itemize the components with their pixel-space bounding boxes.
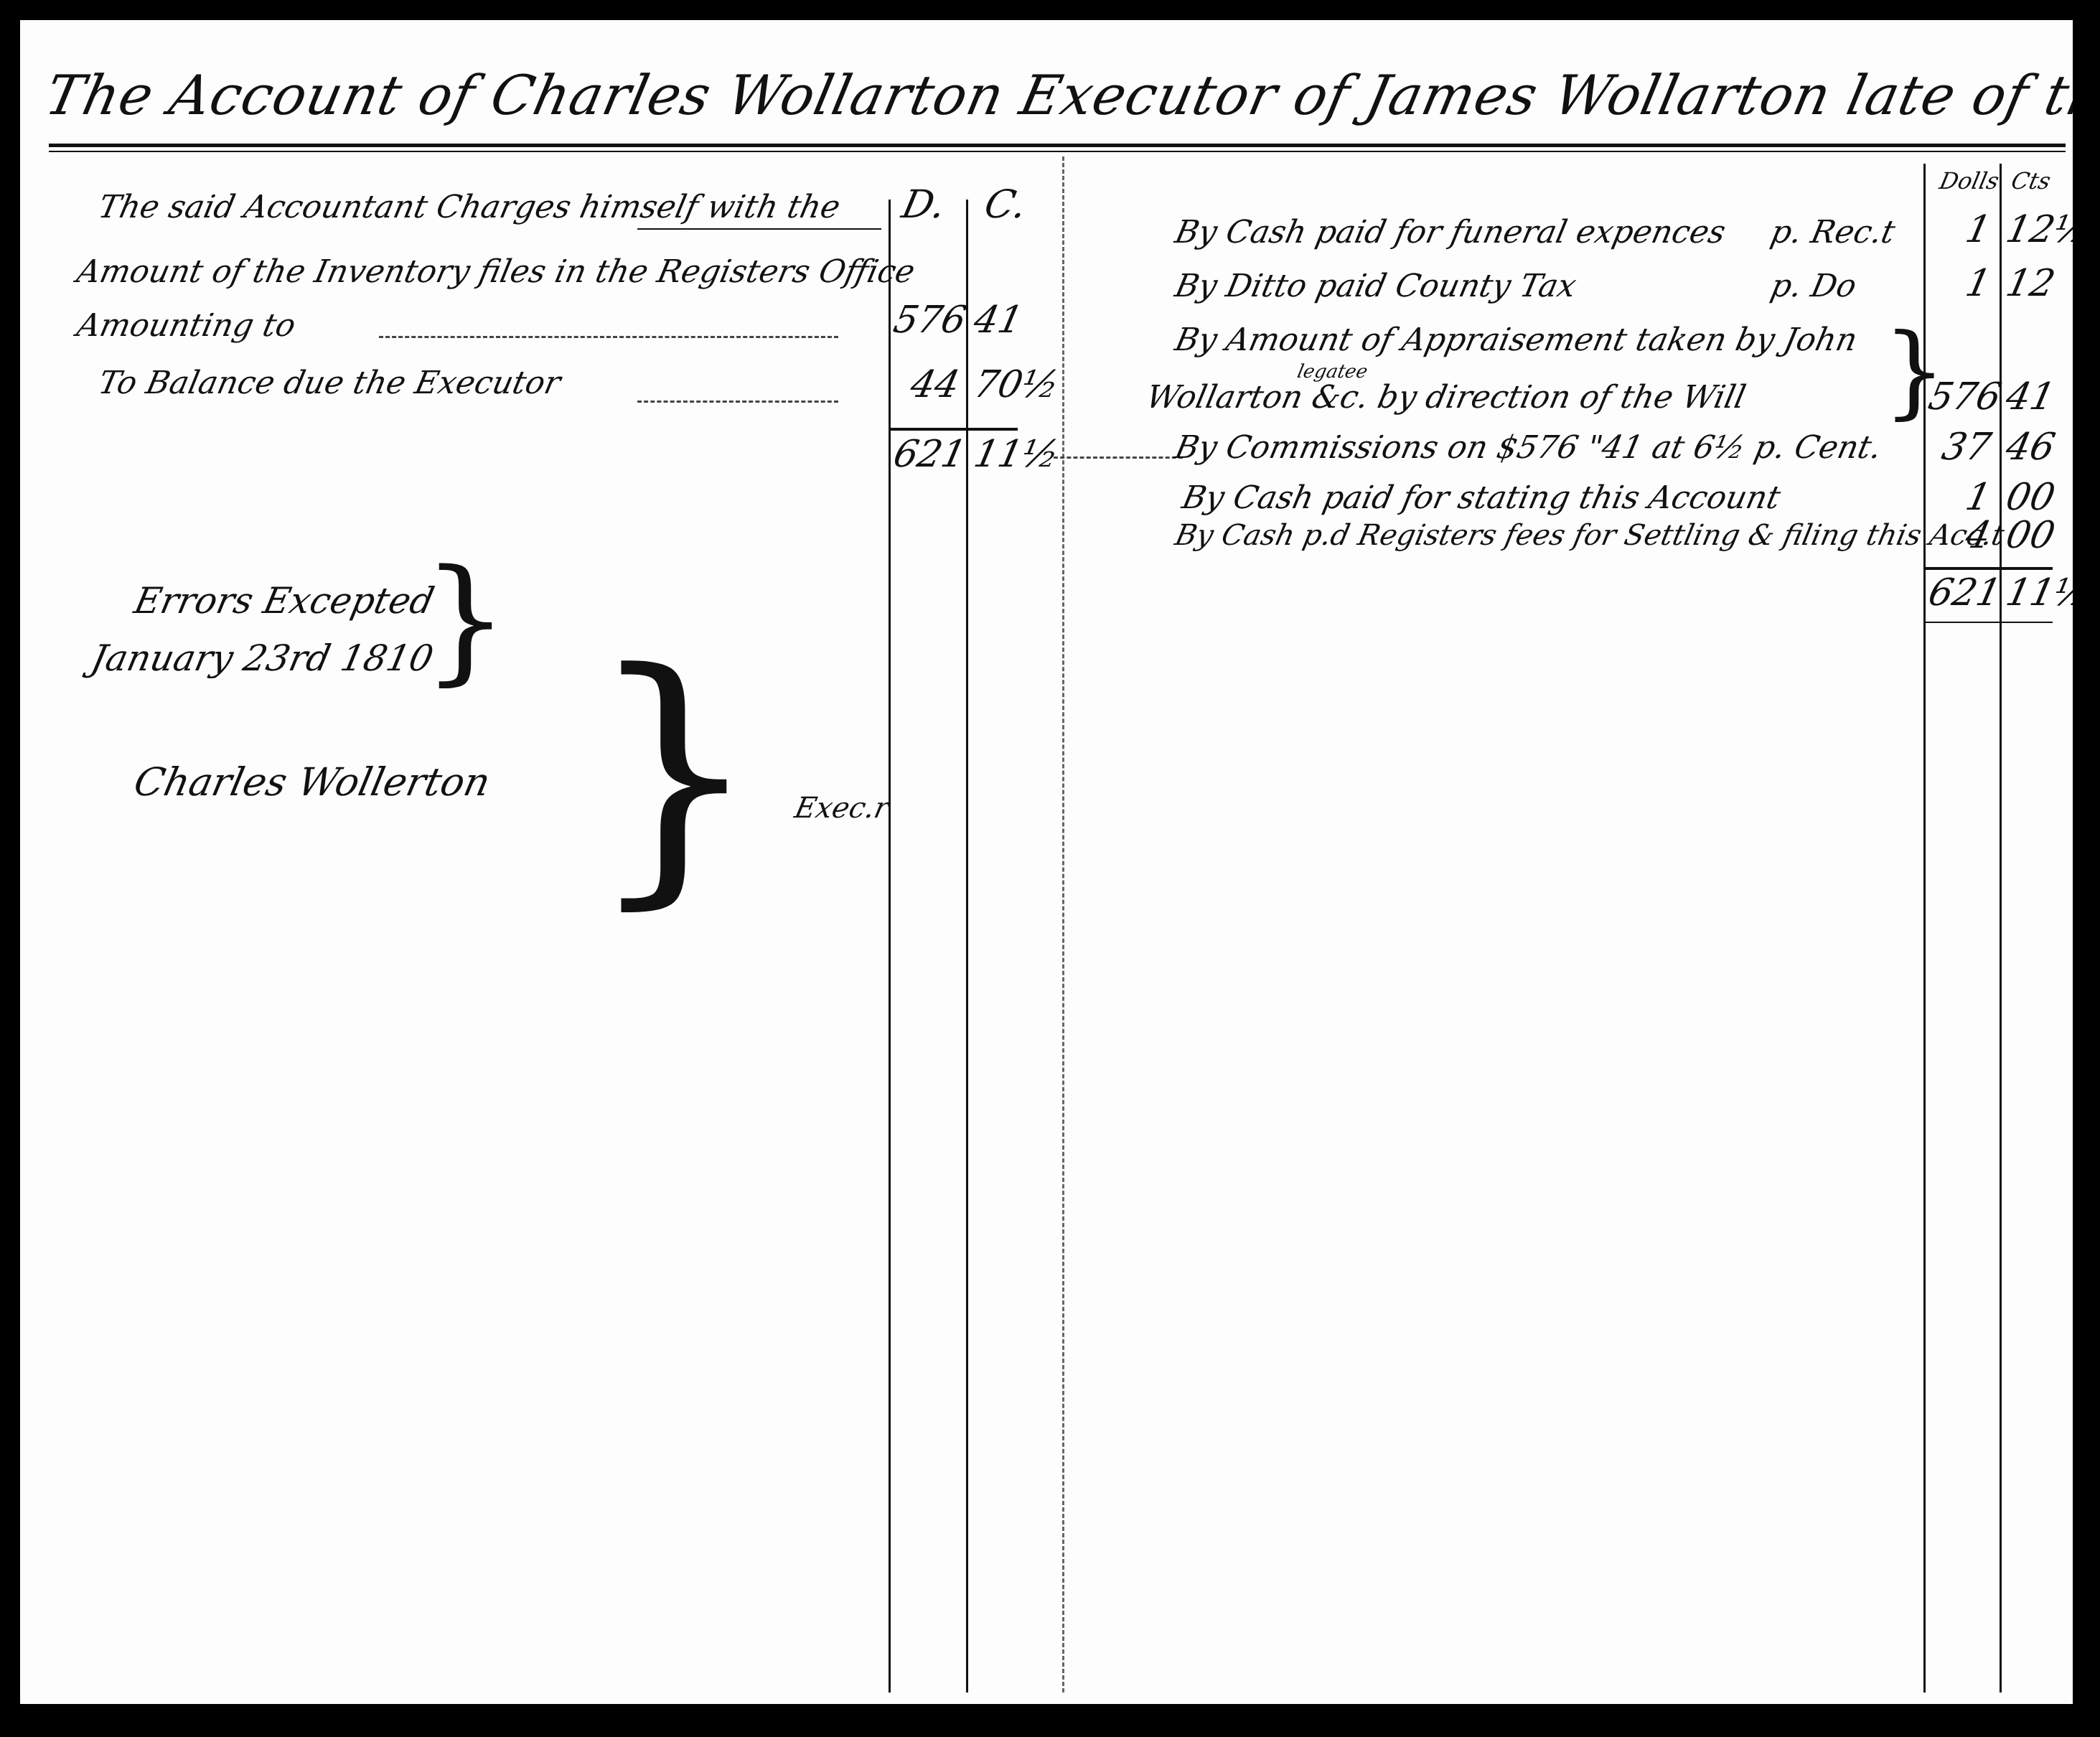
- credit-entry-1-text: By Cash paid for funeral expences: [1172, 214, 1729, 251]
- credit-entry-3-text: By Amount of Appraisement taken by John: [1172, 322, 1861, 358]
- debit-cents-rule: [966, 200, 968, 1692]
- debit-total-rule: [889, 428, 1018, 431]
- debit-entry-1-cents: 41: [970, 299, 1037, 342]
- date-brace: }: [422, 551, 509, 688]
- credit-entry-6-text: By Cash p.d Registers fees for Settling …: [1172, 519, 2007, 552]
- credit-entry-5-cents: 00: [2002, 476, 2073, 519]
- credit-entry-3-dollars: 576: [1925, 375, 1995, 418]
- document-title: The Account of Charles Wollarton Executo…: [40, 63, 2073, 127]
- credit-entry-6-cents: 00: [2002, 514, 2073, 557]
- credit-entry-5-text: By Cash paid for stating this Account: [1179, 479, 1784, 516]
- credit-entry-2-voucher: p. Do: [1768, 268, 1860, 304]
- debit-total-dollars: 621: [890, 433, 964, 476]
- credit-entry-3-text-2: Wollarton &c. by direction of the Will: [1143, 379, 1749, 416]
- credit-cents-header: Cts: [2009, 167, 2053, 195]
- title-underline: [49, 144, 2066, 147]
- debit-total-cents: 11½: [970, 433, 1059, 476]
- ledger-page: The Account of Charles Wollarton Executo…: [20, 20, 2073, 1704]
- debit-entry-2-dollars: 44: [890, 363, 964, 406]
- debit-entry-1-line-1: The said Accountant Charges himself with…: [95, 189, 844, 225]
- credit-entry-5-dollars: 1: [1925, 476, 1995, 519]
- credit-entry-2-dollars: 1: [1925, 262, 1995, 305]
- debit-cents-header: C.: [980, 182, 1031, 227]
- credit-total-cents: 11½: [2002, 571, 2073, 614]
- credit-dollars-header: Dolls: [1937, 167, 2002, 195]
- credit-entry-4-dollars: 37: [1925, 426, 1995, 469]
- title-underline-2: [49, 151, 2066, 152]
- credit-entry-4-text: By Commissions on $576 "41 at 6½ p. Cent…: [1172, 429, 1885, 466]
- debit-entry-2-cents: 70½: [970, 363, 1059, 406]
- leader-dots: [637, 401, 838, 403]
- debit-entry-1-line-3: Amounting to: [74, 307, 299, 344]
- leader-dots: [379, 336, 838, 338]
- credit-total-dollars: 621: [1925, 571, 1995, 614]
- signature-brace: }: [587, 637, 761, 910]
- credit-entry-1-dollars: 1: [1925, 208, 1995, 251]
- executor-signature: Charles Wollerton: [130, 759, 494, 805]
- credit-entry-3-cents: 41: [2002, 375, 2073, 418]
- executor-role: Exec.r: [792, 792, 891, 825]
- credit-entry-6-dollars: 4: [1925, 514, 1995, 557]
- credit-entry-2-cents: 12: [2002, 262, 2073, 305]
- credit-entry-4-cents: 46: [2002, 426, 2073, 469]
- credit-entry-1-voucher: p. Rec.t: [1768, 214, 1898, 251]
- debit-dollar-rule: [889, 200, 891, 1692]
- total-leader: [1054, 457, 1183, 459]
- closing-date: January 23rd 1810: [88, 637, 437, 679]
- debit-line-1-underline: [637, 228, 881, 230]
- credit-entry-1-cents: 12½: [2002, 208, 2073, 251]
- page-fold: [1062, 156, 1067, 1692]
- credit-total-underline: [1923, 622, 2053, 623]
- credit-total-rule: [1923, 567, 2053, 570]
- debit-dollars-header: D.: [898, 182, 950, 227]
- debit-entry-1-dollars: 576: [890, 299, 964, 342]
- credit-entry-2-text: By Ditto paid County Tax: [1172, 268, 1580, 304]
- errors-excepted: Errors Excepted: [131, 580, 438, 622]
- debit-entry-2-text: To Balance due the Executor: [95, 365, 564, 401]
- debit-entry-1-line-2: Amount of the Inventory files in the Reg…: [74, 253, 919, 290]
